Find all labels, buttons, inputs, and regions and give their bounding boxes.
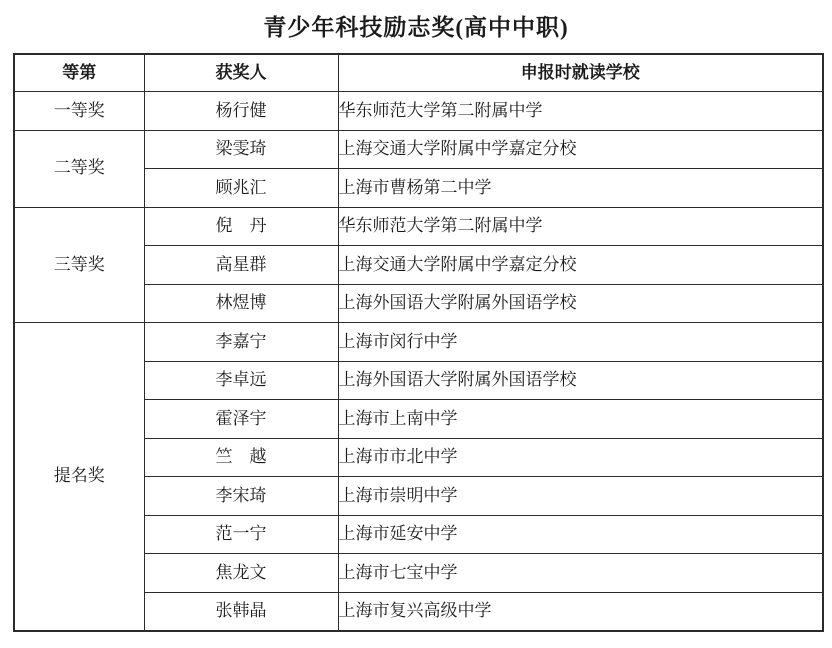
table-row: 三等奖倪 丹华东师范大学第二附属中学 xyxy=(14,207,823,246)
rank-cell: 提名奖 xyxy=(14,323,144,632)
winner-name-cell: 竺 越 xyxy=(144,438,338,477)
school-cell: 上海外国语大学附属外国语学校 xyxy=(338,284,823,323)
table-row: 一等奖杨行健华东师范大学第二附属中学 xyxy=(14,92,823,131)
winner-name-cell: 李宋琦 xyxy=(144,477,338,516)
school-cell: 上海交通大学附属中学嘉定分校 xyxy=(338,246,823,285)
school-cell: 上海市延安中学 xyxy=(338,515,823,554)
header-winner: 获奖人 xyxy=(144,54,338,92)
document-page: 青少年科技励志奖(高中中职) 等第 获奖人 申报时就读学校 一等奖杨行健华东师范… xyxy=(0,9,832,632)
rank-cell: 一等奖 xyxy=(14,92,144,131)
school-cell: 上海市市北中学 xyxy=(338,438,823,477)
school-cell: 上海市曹杨第二中学 xyxy=(338,169,823,208)
page-title: 青少年科技励志奖(高中中职) xyxy=(0,9,832,42)
winner-name-cell: 杨行健 xyxy=(144,92,338,131)
winner-name-cell: 顾兆汇 xyxy=(144,169,338,208)
winner-name-cell: 倪 丹 xyxy=(144,207,338,246)
rank-cell: 三等奖 xyxy=(14,207,144,323)
school-cell: 上海交通大学附属中学嘉定分校 xyxy=(338,130,823,169)
winner-name-cell: 高星群 xyxy=(144,246,338,285)
school-cell: 上海外国语大学附属外国语学校 xyxy=(338,361,823,400)
winner-name-cell: 范一宁 xyxy=(144,515,338,554)
header-row: 等第 获奖人 申报时就读学校 xyxy=(14,54,823,92)
winner-name-cell: 焦龙文 xyxy=(144,554,338,593)
table-header: 等第 获奖人 申报时就读学校 xyxy=(14,54,823,92)
header-school: 申报时就读学校 xyxy=(338,54,823,92)
winner-name-cell: 李卓远 xyxy=(144,361,338,400)
table-row: 提名奖李嘉宁上海市闵行中学 xyxy=(14,323,823,362)
school-cell: 上海市闵行中学 xyxy=(338,323,823,362)
winner-name-cell: 张韩晶 xyxy=(144,592,338,631)
table-row: 二等奖梁雯琦上海交通大学附属中学嘉定分校 xyxy=(14,130,823,169)
school-cell: 华东师范大学第二附属中学 xyxy=(338,92,823,131)
rank-cell: 二等奖 xyxy=(14,130,144,207)
header-rank: 等第 xyxy=(14,54,144,92)
school-cell: 上海市上南中学 xyxy=(338,400,823,439)
winner-name-cell: 梁雯琦 xyxy=(144,130,338,169)
winner-name-cell: 林煜博 xyxy=(144,284,338,323)
school-cell: 上海市复兴高级中学 xyxy=(338,592,823,631)
winner-name-cell: 李嘉宁 xyxy=(144,323,338,362)
award-table: 等第 获奖人 申报时就读学校 一等奖杨行健华东师范大学第二附属中学二等奖梁雯琦上… xyxy=(13,53,824,632)
school-cell: 上海市七宝中学 xyxy=(338,554,823,593)
table-body: 一等奖杨行健华东师范大学第二附属中学二等奖梁雯琦上海交通大学附属中学嘉定分校顾兆… xyxy=(14,92,823,632)
school-cell: 上海市崇明中学 xyxy=(338,477,823,516)
school-cell: 华东师范大学第二附属中学 xyxy=(338,207,823,246)
winner-name-cell: 霍泽宇 xyxy=(144,400,338,439)
